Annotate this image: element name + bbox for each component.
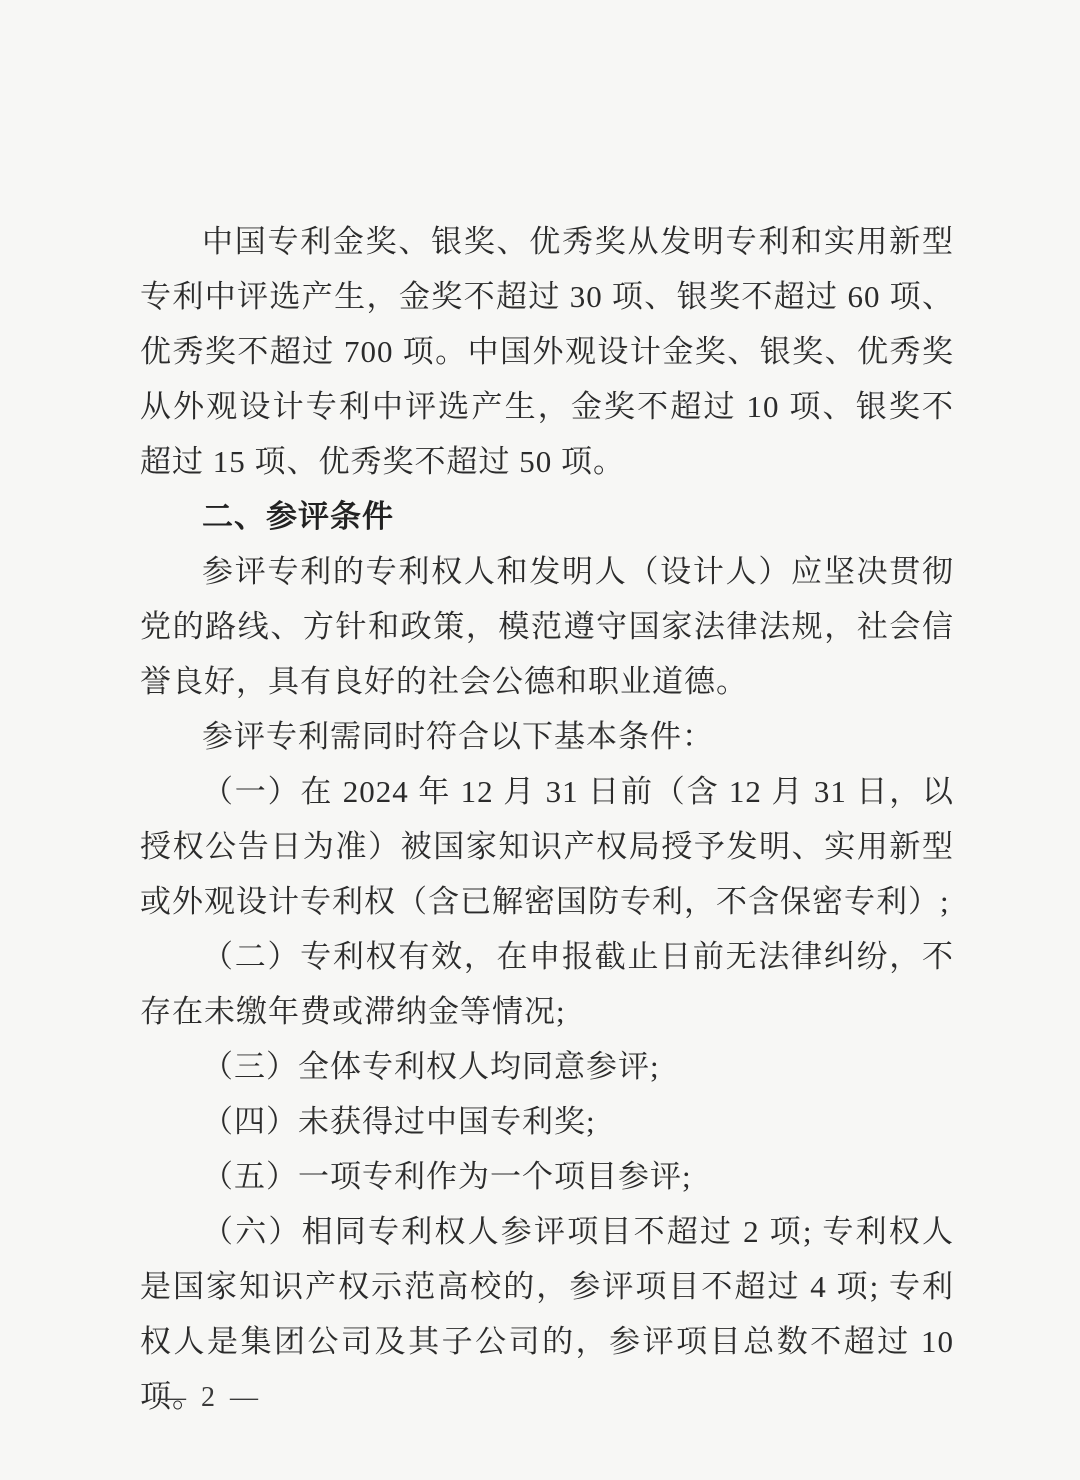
paragraph-award-limits: 中国专利金奖、银奖、优秀奖从发明专利和实用新型专利中评选产生，金奖不超过 30 … (140, 214, 954, 489)
condition-item-6: （六）相同专利权人参评项目不超过 2 项; 专利权人是国家知识产权示范高校的，参… (140, 1204, 954, 1424)
condition-item-2: （二）专利权有效，在申报截止日前无法律纠纷，不存在未缴年费或滞纳金等情况; (140, 929, 954, 1039)
section-heading-participation-conditions: 二、参评条件 (140, 489, 954, 544)
condition-item-5: （五）一项专利作为一个项目参评; (140, 1149, 954, 1204)
paragraph-policy-requirements: 参评专利的专利权人和发明人（设计人）应坚决贯彻党的路线、方针和政策，模范遵守国家… (140, 544, 954, 709)
condition-item-1: （一）在 2024 年 12 月 31 日前（含 12 月 31 日，以授权公告… (140, 764, 954, 929)
paragraph-conditions-lead-in: 参评专利需同时符合以下基本条件： (140, 709, 954, 764)
document-text-block: 中国专利金奖、银奖、优秀奖从发明专利和实用新型专利中评选产生，金奖不超过 30 … (140, 214, 954, 1424)
page-number-footer: — 2 — (158, 1378, 262, 1418)
condition-item-3: （三）全体专利权人均同意参评; (140, 1039, 954, 1094)
condition-item-4: （四）未获得过中国专利奖; (140, 1094, 954, 1149)
document-page: 中国专利金奖、银奖、优秀奖从发明专利和实用新型专利中评选产生，金奖不超过 30 … (0, 0, 1080, 1480)
